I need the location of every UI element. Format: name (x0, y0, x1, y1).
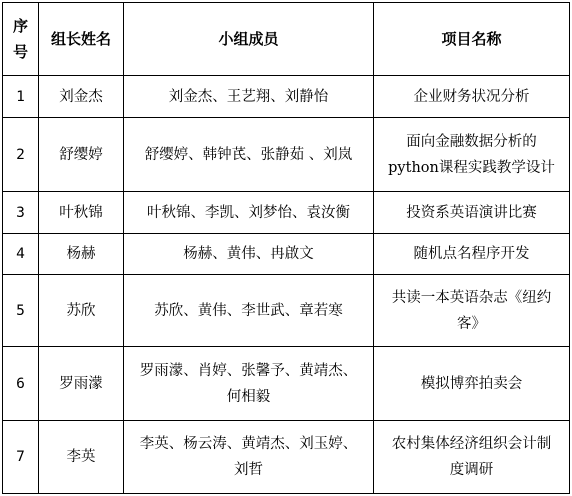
members-line: 杨赫、黄伟、冉啟文 (128, 241, 369, 267)
project-cell: 农村集体经济组织会计制 度调研 (374, 421, 570, 494)
header-serial-line2: 号 (7, 39, 34, 65)
project-groups-table: 序 号 组长姓名 小组成员 项目名称 1 刘金杰 刘金杰、王艺翔、刘静怡 企业财… (2, 2, 570, 494)
project-cell: 企业财务状况分析 (374, 76, 570, 118)
leader-cell: 杨赫 (39, 234, 124, 275)
table-header-row: 序 号 组长姓名 小组成员 项目名称 (3, 3, 570, 76)
header-project-name: 项目名称 (374, 3, 570, 76)
leader-cell: 李英 (39, 421, 124, 494)
project-line: 共读一本英语杂志《纽约 (378, 285, 565, 311)
serial-number-cell: 2 (3, 118, 39, 192)
leader-cell: 罗雨濛 (39, 347, 124, 421)
project-line: 企业财务状况分析 (378, 84, 565, 110)
table-row: 6 罗雨濛 罗雨濛、肖婷、张馨予、黄靖杰、 何相毅 模拟博弈拍卖会 (3, 347, 570, 421)
serial-number-cell: 3 (3, 192, 39, 234)
leader-cell: 舒缨婷 (39, 118, 124, 192)
members-line: 李英、杨云涛、黄靖杰、刘玉婷、 (128, 431, 369, 457)
members-cell: 罗雨濛、肖婷、张馨予、黄靖杰、 何相毅 (124, 347, 374, 421)
members-line: 苏欣、黄伟、李世武、章若寒 (128, 298, 369, 324)
project-cell: 共读一本英语杂志《纽约 客》 (374, 275, 570, 347)
project-cell: 模拟博弈拍卖会 (374, 347, 570, 421)
project-line: 客》 (378, 311, 565, 337)
serial-number-cell: 6 (3, 347, 39, 421)
project-line: python课程实践教学设计 (378, 155, 565, 181)
project-cell: 投资系英语演讲比赛 (374, 192, 570, 234)
members-cell: 苏欣、黄伟、李世武、章若寒 (124, 275, 374, 347)
project-line: 农村集体经济组织会计制 (378, 431, 565, 457)
table-row: 2 舒缨婷 舒缨婷、韩钟芪、张静茹 、刘岚 面向金融数据分析的 python课程… (3, 118, 570, 192)
header-serial-line1: 序 (7, 13, 34, 39)
header-leader-name: 组长姓名 (39, 3, 124, 76)
serial-number-cell: 5 (3, 275, 39, 347)
table-row: 1 刘金杰 刘金杰、王艺翔、刘静怡 企业财务状况分析 (3, 76, 570, 118)
project-line: 投资系英语演讲比赛 (378, 200, 565, 226)
header-group-members: 小组成员 (124, 3, 374, 76)
serial-number-cell: 7 (3, 421, 39, 494)
members-cell: 叶秋锦、李凯、刘梦怡、袁汝衡 (124, 192, 374, 234)
project-line: 面向金融数据分析的 (378, 129, 565, 155)
members-line: 刘金杰、王艺翔、刘静怡 (128, 84, 369, 110)
members-line: 叶秋锦、李凯、刘梦怡、袁汝衡 (128, 200, 369, 226)
members-cell: 李英、杨云涛、黄靖杰、刘玉婷、 刘哲 (124, 421, 374, 494)
members-cell: 刘金杰、王艺翔、刘静怡 (124, 76, 374, 118)
members-line: 何相毅 (128, 384, 369, 410)
table-row: 5 苏欣 苏欣、黄伟、李世武、章若寒 共读一本英语杂志《纽约 客》 (3, 275, 570, 347)
table-row: 3 叶秋锦 叶秋锦、李凯、刘梦怡、袁汝衡 投资系英语演讲比赛 (3, 192, 570, 234)
members-line: 罗雨濛、肖婷、张馨予、黄靖杰、 (128, 358, 369, 384)
leader-cell: 叶秋锦 (39, 192, 124, 234)
project-line: 模拟博弈拍卖会 (378, 371, 565, 397)
project-line: 度调研 (378, 457, 565, 483)
serial-number-cell: 1 (3, 76, 39, 118)
members-line: 刘哲 (128, 457, 369, 483)
serial-number-cell: 4 (3, 234, 39, 275)
members-cell: 舒缨婷、韩钟芪、张静茹 、刘岚 (124, 118, 374, 192)
header-serial-number: 序 号 (3, 3, 39, 76)
project-cell: 随机点名程序开发 (374, 234, 570, 275)
members-cell: 杨赫、黄伟、冉啟文 (124, 234, 374, 275)
project-cell: 面向金融数据分析的 python课程实践教学设计 (374, 118, 570, 192)
members-line: 舒缨婷、韩钟芪、张静茹 、刘岚 (128, 142, 369, 168)
leader-cell: 苏欣 (39, 275, 124, 347)
project-line: 随机点名程序开发 (378, 241, 565, 267)
leader-cell: 刘金杰 (39, 76, 124, 118)
table-row: 4 杨赫 杨赫、黄伟、冉啟文 随机点名程序开发 (3, 234, 570, 275)
table-row: 7 李英 李英、杨云涛、黄靖杰、刘玉婷、 刘哲 农村集体经济组织会计制 度调研 (3, 421, 570, 494)
